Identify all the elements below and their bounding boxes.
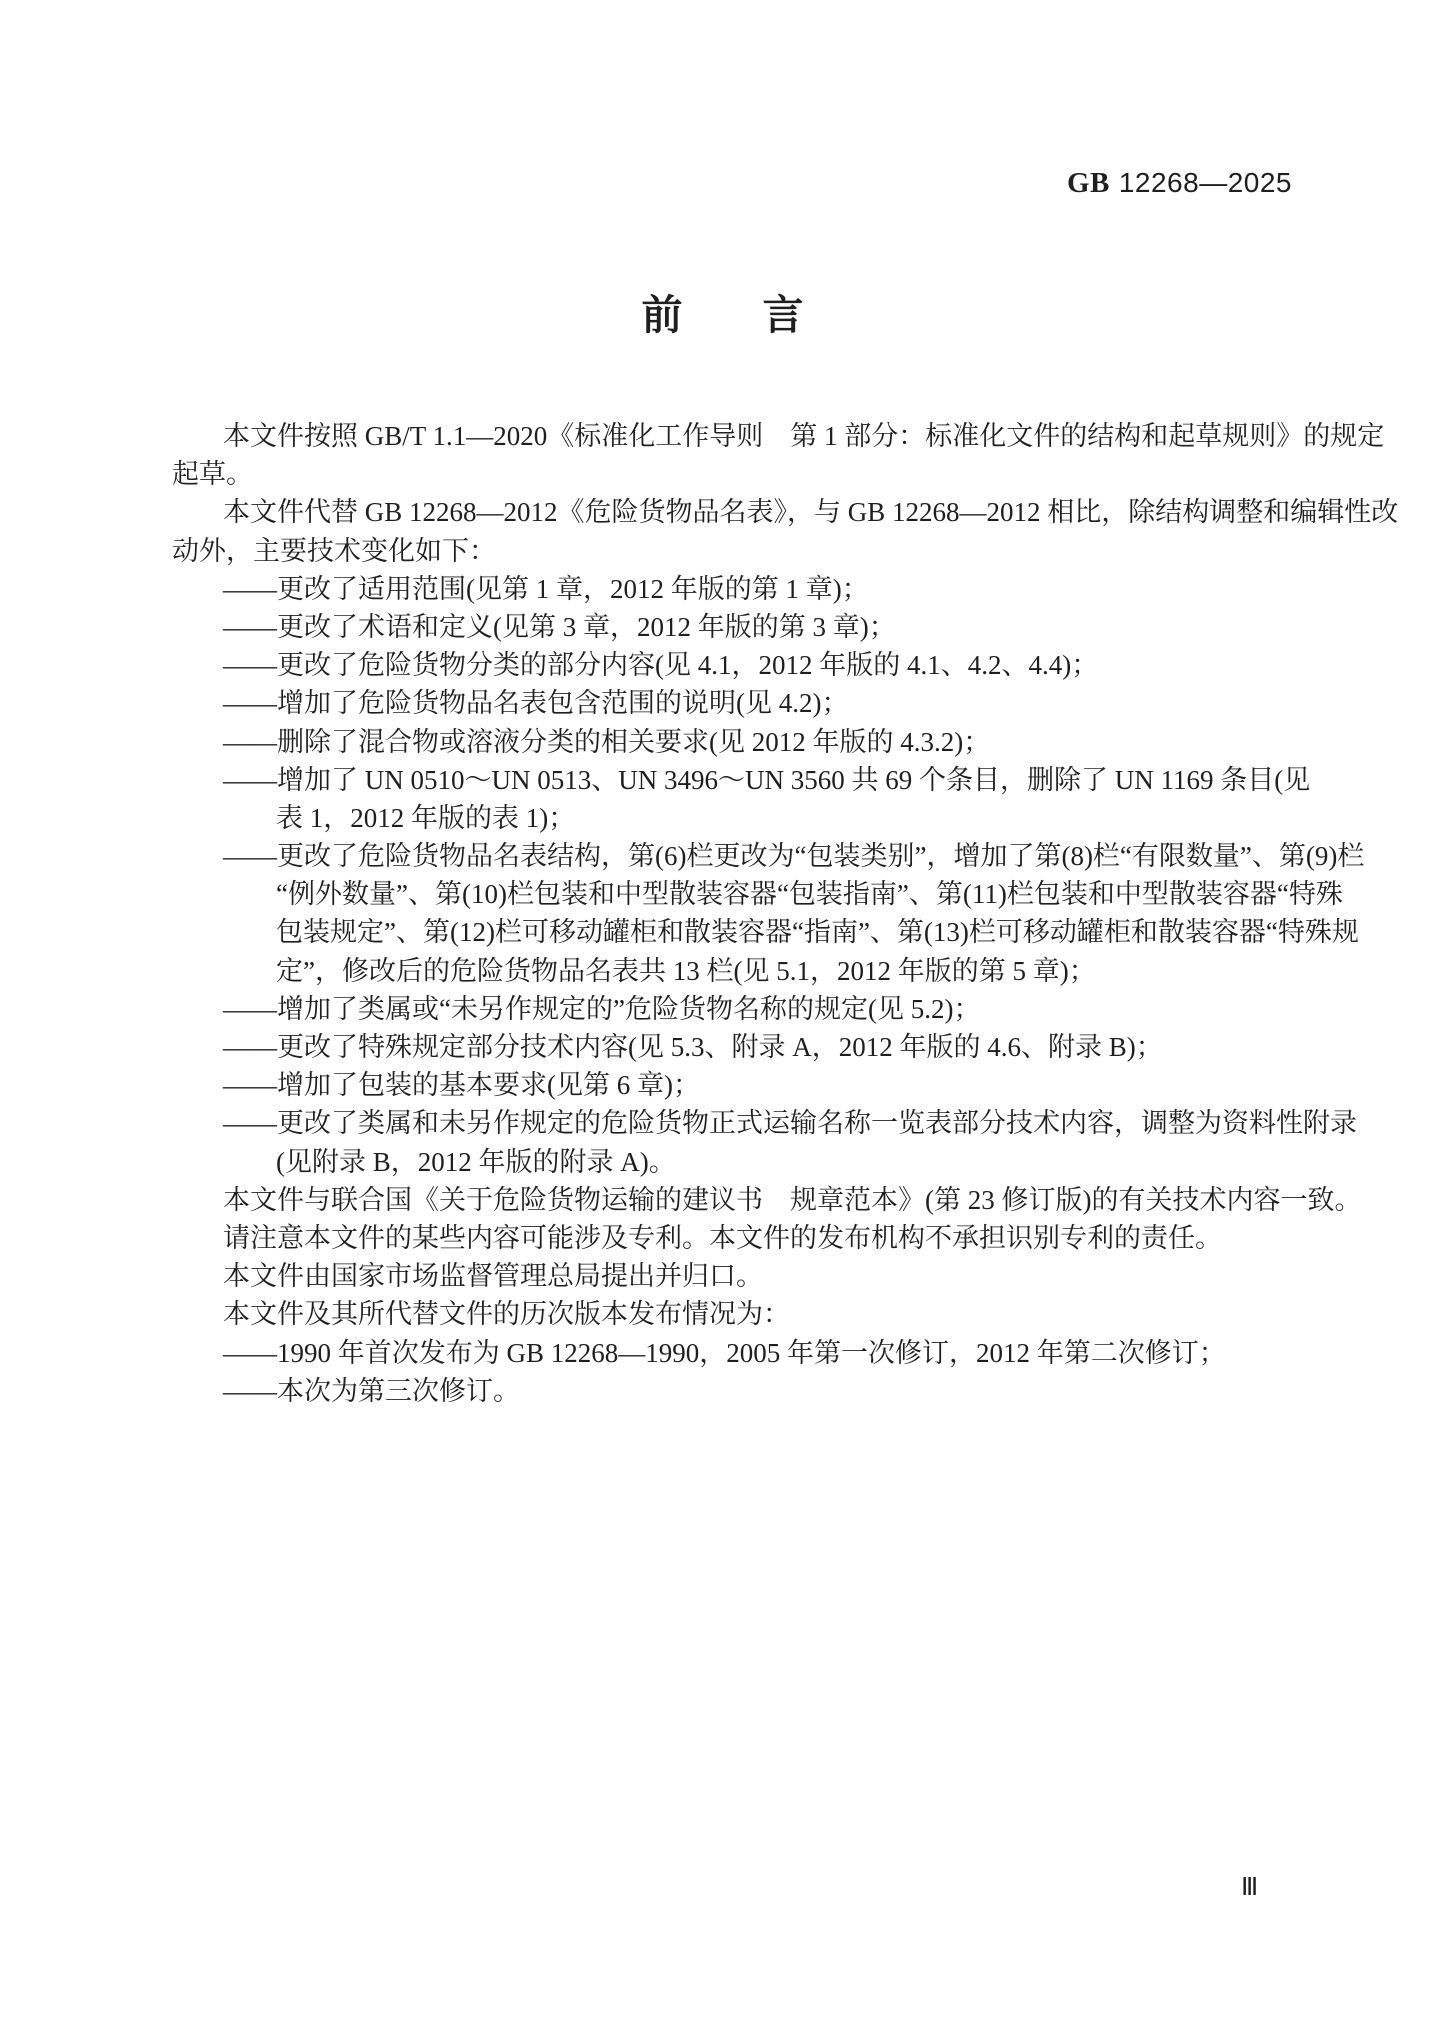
- body-line: ——本次为第三次修订。: [172, 1372, 1312, 1410]
- title-char-first: 前: [642, 292, 683, 338]
- body-line: (见附录 B，2012 年版的附录 A)。: [172, 1143, 1312, 1181]
- body-line: ——更改了适用范围(见第 1 章，2012 年版的第 1 章)；: [172, 570, 1312, 608]
- body-line: ——1990 年首次发布为 GB 12268—1990，2005 年第一次修订，…: [172, 1334, 1312, 1372]
- body-line: 本文件由国家市场监督管理总局提出并归口。: [172, 1257, 1312, 1295]
- body-line: 包装规定”、第(12)栏可移动罐柜和散装容器“指南”、第(13)栏可移动罐柜和散…: [172, 913, 1312, 951]
- body-line: ——更改了术语和定义(见第 3 章，2012 年版的第 3 章)；: [172, 608, 1312, 646]
- body-line: ——增加了类属或“未另作规定的”危险货物名称的规定(见 5.2)；: [172, 990, 1312, 1028]
- body-line: ——增加了危险货物品名表包含范围的说明(见 4.2)；: [172, 684, 1312, 722]
- body-line: ——更改了危险货物分类的部分内容(见 4.1，2012 年版的 4.1、4.2、…: [172, 646, 1312, 684]
- standard-code-prefix: GB: [1067, 167, 1110, 199]
- body-line: ——更改了特殊规定部分技术内容(见 5.3、附录 A，2012 年版的 4.6、…: [172, 1028, 1312, 1066]
- body-line: 动外，主要技术变化如下：: [172, 532, 1312, 570]
- page-title: 前 言: [0, 292, 1445, 338]
- title-char-second: 言: [763, 292, 804, 338]
- body-line: 请注意本文件的某些内容可能涉及专利。本文件的发布机构不承担识别专利的责任。: [172, 1219, 1312, 1257]
- body-line: 起草。: [172, 455, 1312, 493]
- document-page: GB12268—2025 前 言 本文件按照 GB/T 1.1—2020《标准化…: [0, 0, 1445, 2044]
- body-line: “例外数量”、第(10)栏包装和中型散装容器“包装指南”、第(11)栏包装和中型…: [172, 875, 1312, 913]
- body-line: 本文件按照 GB/T 1.1—2020《标准化工作导则 第 1 部分：标准化文件…: [172, 417, 1312, 455]
- foreword-body: 本文件按照 GB/T 1.1—2020《标准化工作导则 第 1 部分：标准化文件…: [172, 417, 1312, 1410]
- body-line: 本文件代替 GB 12268—2012《危险货物品名表》，与 GB 12268—…: [172, 493, 1312, 531]
- standard-code-digits: 12268—2025: [1119, 167, 1292, 198]
- body-line: ——增加了包装的基本要求(见第 6 章)；: [172, 1066, 1312, 1104]
- body-line: ——更改了危险货物品名表结构，第(6)栏更改为“包装类别”，增加了第(8)栏“有…: [172, 837, 1312, 875]
- standard-number: GB12268—2025: [1067, 167, 1292, 200]
- body-line: ——更改了类属和未另作规定的危险货物正式运输名称一览表部分技术内容，调整为资料性…: [172, 1104, 1312, 1142]
- body-line: 定”，修改后的危险货物品名表共 13 栏(见 5.1，2012 年版的第 5 章…: [172, 952, 1312, 990]
- body-line: 本文件与联合国《关于危险货物运输的建议书 规章范本》(第 23 修订版)的有关技…: [172, 1181, 1312, 1219]
- body-line: ——删除了混合物或溶液分类的相关要求(见 2012 年版的 4.3.2)；: [172, 723, 1312, 761]
- body-line: ——增加了 UN 0510～UN 0513、UN 3496～UN 3560 共 …: [172, 761, 1312, 799]
- body-line: 表 1，2012 年版的表 1)；: [172, 799, 1312, 837]
- body-line: 本文件及其所代替文件的历次版本发布情况为：: [172, 1295, 1312, 1333]
- page-number: Ⅲ: [1241, 1872, 1258, 1902]
